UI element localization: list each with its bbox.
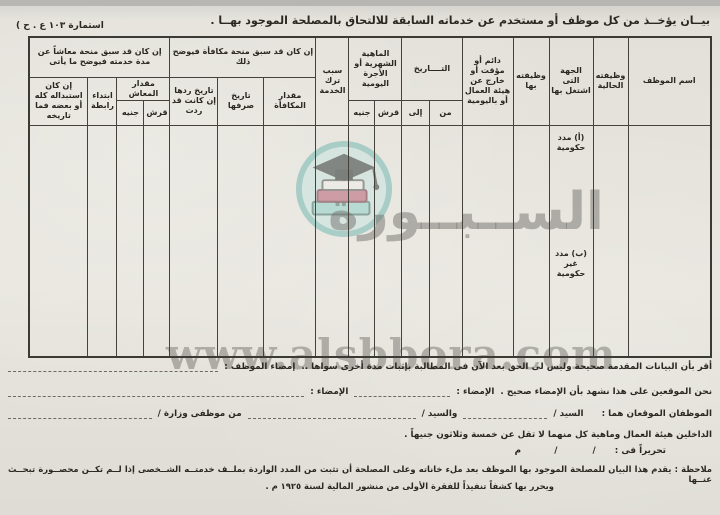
note-line-2: ويحرر بها كشفاً تنفيذاً للفقرة الأولى من… xyxy=(8,481,712,491)
prior-service-table: اسم الموظف وظيفته الحالية الجهة التى اشت… xyxy=(28,36,712,358)
cell-pension-exchange xyxy=(29,125,88,357)
cell-date-to xyxy=(402,125,429,357)
scan-top-edge xyxy=(0,0,720,6)
cell-pension-guineh xyxy=(117,125,144,357)
cell-salary-guineh xyxy=(349,125,375,357)
cell-date-from xyxy=(429,125,462,357)
cell-pension-qirsh xyxy=(144,125,170,357)
cell-bonus-return-date xyxy=(170,125,218,357)
witness-line: نحن الموقعين على هذا نشهد بأن الإمضاء صح… xyxy=(8,387,712,397)
col-header-bonus-pay-date: تاريخ صرفها xyxy=(218,77,264,125)
col-header-employer: الجهة التى اشتغل بها xyxy=(549,37,593,125)
col-group-date: التــــاريخ xyxy=(402,37,462,100)
col-group-salary: الماهية الشهرية أو الأجرة اليومية xyxy=(349,37,402,100)
cell-status xyxy=(462,125,513,357)
form-number: استمارة ١٠٣ ع . ح ) xyxy=(16,21,104,31)
col-header-current-job: وظيفته الحالية xyxy=(593,37,628,125)
cell-pension-start xyxy=(88,125,117,357)
signature-line-1 xyxy=(354,387,450,397)
cell-leave-reason xyxy=(316,125,349,357)
col-header-job-there: وظيفته بها xyxy=(513,37,549,125)
col-header-pension-qirsh: قرش xyxy=(144,100,170,125)
employee-signature-label: إمضاء الموظف : xyxy=(224,362,295,372)
employee-signature-line xyxy=(8,362,218,372)
cell-employee-name xyxy=(628,125,711,357)
cell-employer: (أ) مدد حكومية (ب) مدد غير حكومية xyxy=(549,125,593,357)
condition-line: الداخلين هيئة العمال وماهية كل منهما لا … xyxy=(8,430,712,440)
cell-bonus-pay-date xyxy=(218,125,264,357)
signature-label-2: الإمضاء : xyxy=(310,387,348,397)
issued-at-label: تحريراً فى : xyxy=(615,446,666,456)
issued-date-line: تحريراً فى : / / م xyxy=(8,446,712,456)
col-group-bonus: إن كان قد سبق منحة مكافأة فيوضح ذلك xyxy=(170,37,316,77)
cell-current-job xyxy=(593,125,628,357)
col-header-pension-guineh: جنيه xyxy=(117,100,144,125)
declaration-line: أقر بأن البيانات المقدمة صحيحة وليس لى ا… xyxy=(8,362,712,372)
col-header-pension-exchange: إن كان استبداله كله أو بعضه فما تاريخه xyxy=(29,77,88,125)
ministry-name-line xyxy=(8,409,152,419)
cell-salary-qirsh xyxy=(375,125,402,357)
signature-label-1: الإمضاء : xyxy=(456,387,494,397)
col-header-status: دائم أو مؤقت أو خارج عن هيئة العمال أو ب… xyxy=(462,37,513,125)
note-label: ملاحظة : xyxy=(675,464,712,474)
cell-bonus-amount xyxy=(264,125,316,357)
col-header-bonus-return-date: تاريخ ردها إن كانت قد ردت xyxy=(170,77,218,125)
mr-1-name-line xyxy=(463,409,547,419)
scanned-form-page: الســبــورة www.alsbbora.com استمارة ١٠٣… xyxy=(0,0,720,515)
col-header-pension-amount: مقدار المعاش xyxy=(117,77,170,100)
date-year-suffix: م xyxy=(515,446,521,456)
declaration-text: أقر بأن البيانات المقدمة صحيحة وليس لى ا… xyxy=(301,362,712,372)
signers-intro: الموظفان الموقعان هما : xyxy=(602,409,712,419)
col-header-employee-name: اسم الموظف xyxy=(628,37,711,125)
col-group-pension: إن كان قد سبق منحة معاشاً عن مدة خدمته ف… xyxy=(29,37,170,77)
document-title: بيــان يؤخــذ من كل موظف أو مستخدم عن خد… xyxy=(210,14,710,27)
witness-statement: نحن الموقعين على هذا نشهد بأن الإمضاء صح… xyxy=(500,387,712,397)
table-row: (أ) مدد حكومية (ب) مدد غير حكومية xyxy=(29,125,711,357)
period-type-non-gov: (ب) مدد غير حكومية xyxy=(551,249,592,279)
signature-line-2 xyxy=(8,387,304,397)
signers-line: الموظفان الموقعان هما : السيد / والسيد /… xyxy=(8,409,712,419)
mr-1-label: السيد / xyxy=(553,409,583,419)
mr-2-label: والسيد / xyxy=(422,409,458,419)
col-header-bonus-amount: مقدار المكافأة xyxy=(264,77,316,125)
date-slash-1: / xyxy=(592,446,595,456)
mr-2-name-line xyxy=(248,409,416,419)
col-header-date-from: من xyxy=(429,100,462,125)
cell-job-there xyxy=(513,125,549,357)
col-header-date-to: إلى xyxy=(402,100,429,125)
date-slash-2: / xyxy=(554,446,557,456)
col-header-pension-start: ابتداء رابطة xyxy=(88,77,117,125)
ministry-staff-label: من موظفى وزارة / xyxy=(158,409,242,419)
col-header-salary-guineh: جنيه xyxy=(349,100,375,125)
col-header-salary-qirsh: قرش xyxy=(375,100,402,125)
period-type-gov: (أ) مدد حكومية xyxy=(551,133,592,153)
col-header-leave-reason: سبب ترك الخدمة xyxy=(316,37,349,125)
